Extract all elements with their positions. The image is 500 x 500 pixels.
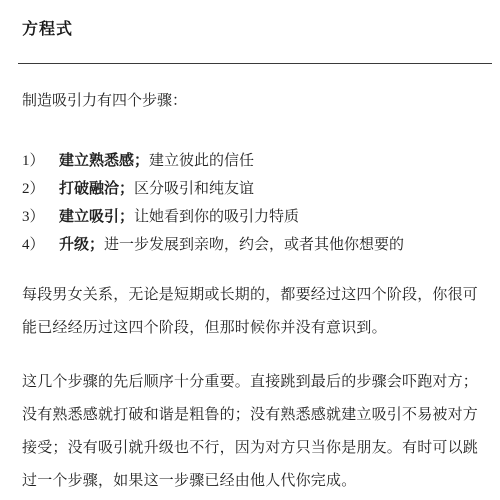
item-description: 进一步发展到亲吻，约会，或者其他你想要的 xyxy=(104,231,404,259)
intro-text: 制造吸引力有四个步骤： xyxy=(22,92,478,110)
item-description: 建立彼此的信任 xyxy=(149,147,254,175)
page-title: 方程式 xyxy=(22,20,478,39)
list-item: 2） 打破融洽； 区分吸引和纯友谊 xyxy=(22,175,478,203)
divider-rule xyxy=(18,63,492,64)
body-paragraph: 每段男女关系，无论是短期或长期的，都要经过这四个阶段，你很可能已经经历过这四个阶… xyxy=(22,279,478,345)
item-description: 区分吸引和纯友谊 xyxy=(134,175,254,203)
item-number: 3） xyxy=(22,203,59,231)
item-number: 1） xyxy=(22,147,59,175)
list-item: 3） 建立吸引； 让她看到你的吸引力特质 xyxy=(22,203,478,231)
item-description: 让她看到你的吸引力特质 xyxy=(134,203,299,231)
item-number: 2） xyxy=(22,175,59,203)
list-item: 4） 升级； 进一步发展到亲吻，约会，或者其他你想要的 xyxy=(22,231,478,259)
item-term: 建立吸引； xyxy=(59,203,134,231)
item-term: 打破融洽； xyxy=(59,175,134,203)
body-paragraph: 这几个步骤的先后顺序十分重要。直接跳到最后的步骤会吓跑对方；没有熟悉感就打破和谐… xyxy=(22,366,478,498)
item-term: 升级； xyxy=(59,231,104,259)
item-number: 4） xyxy=(22,231,59,259)
item-term: 建立熟悉感； xyxy=(59,147,149,175)
document-page: 方程式 制造吸引力有四个步骤： 1） 建立熟悉感； 建立彼此的信任 2） 打破融… xyxy=(0,0,500,500)
list-item: 1） 建立熟悉感； 建立彼此的信任 xyxy=(22,147,478,175)
steps-list: 1） 建立熟悉感； 建立彼此的信任 2） 打破融洽； 区分吸引和纯友谊 3） 建… xyxy=(22,147,478,259)
